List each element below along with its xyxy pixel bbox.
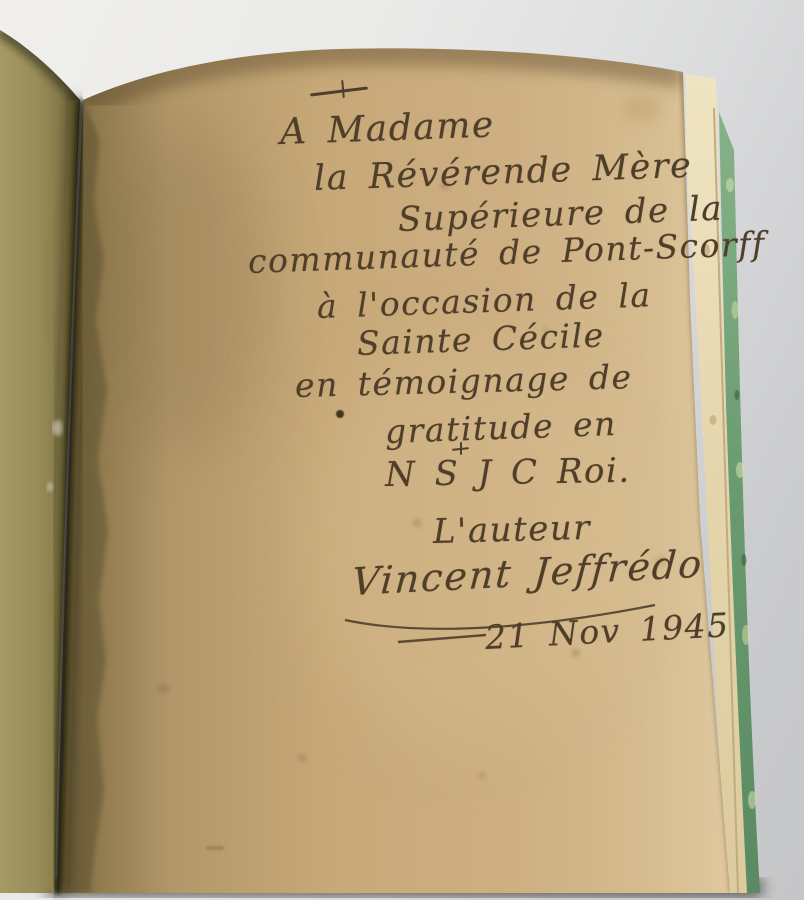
cross-hbar: [310, 86, 368, 96]
inscription-line: communauté de Pont-Scorff: [247, 224, 766, 281]
inscription-line: en témoignage de: [294, 357, 633, 405]
inscription: A Madame la Révérende Mère Supérieure de…: [0, 0, 804, 900]
flourish-stroke: [345, 605, 655, 629]
signature-flourish: [340, 556, 670, 656]
inscription-line: A Madame: [279, 105, 495, 153]
top-cross-mark: [310, 80, 368, 102]
inscription-line: gratitude en: [384, 404, 617, 451]
date-dash: [398, 635, 486, 642]
inscription-line: Sainte Cécile: [356, 315, 605, 363]
inscription-line: N S J C Roi.: [385, 451, 631, 495]
book-photo: A Madame la Révérende Mère Supérieure de…: [0, 0, 804, 900]
inscription-line: L'auteur: [432, 508, 591, 552]
